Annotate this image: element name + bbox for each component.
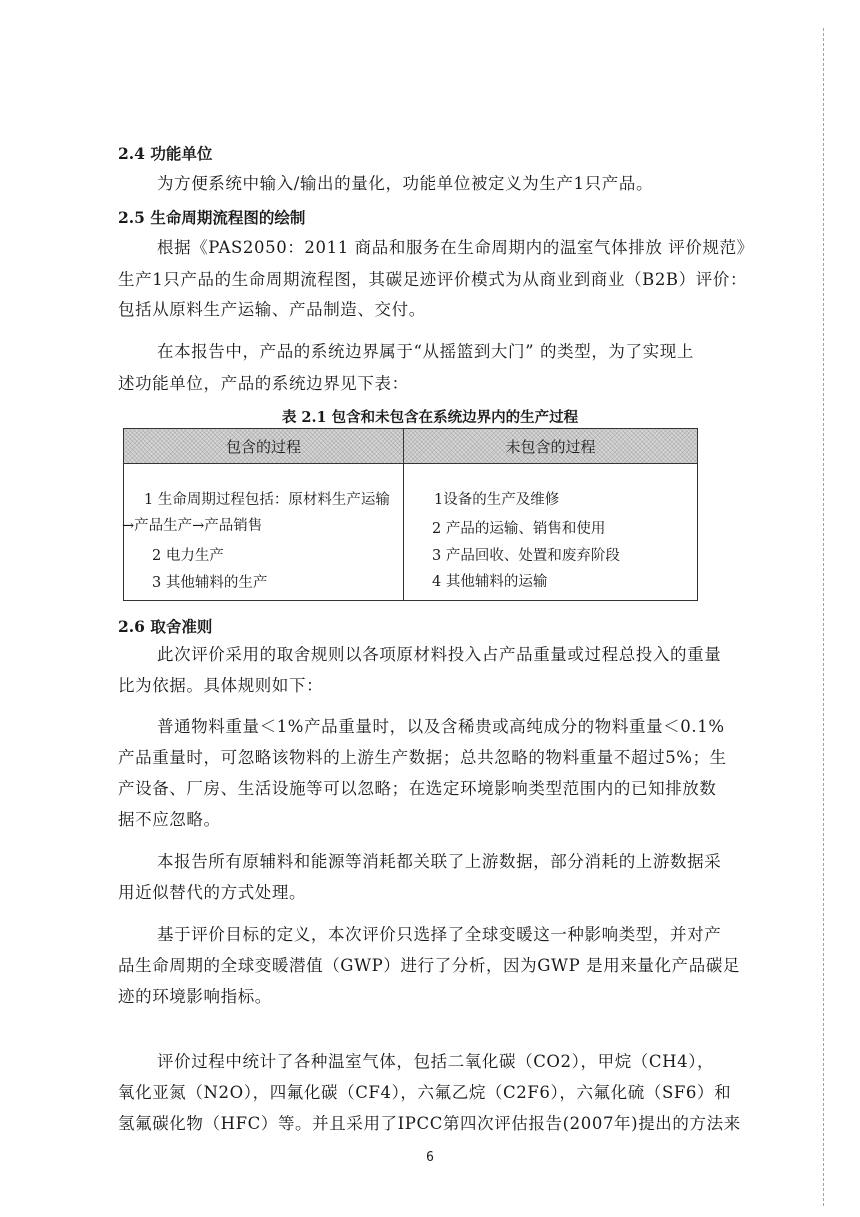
included-item: 3 其他辅料的生产 [152,571,267,592]
table-header-included: 包含的过程 [124,429,404,464]
paragraph-line: 据不应忽略。 [118,806,221,830]
excluded-processes-cell: 1设备的生产及维修 2 产品的运输、销售和使用 3 产品回收、处置和废弃阶段 4… [404,464,698,601]
paragraph-line: 本报告所有原辅料和能源等消耗都关联了上游数据，部分消耗的上游数据采 [157,848,721,872]
excluded-item: 2 产品的运输、销售和使用 [432,517,605,538]
paragraph-line: 生产1只产品的生命周期流程图，其碳足迹评价模式为从商业到商业（B2B）评价： [118,266,747,290]
paragraph-line: 产品重量时，可忽略该物料的上游生产数据；总共忽略的物料重量不超过5%；生 [118,744,727,768]
paragraph-line: 述功能单位，产品的系统边界见下表： [118,370,409,394]
excluded-item: 4 其他辅料的运输 [432,570,547,591]
included-item: →产品生产→产品销售 [122,514,262,535]
excluded-item: 3 产品回收、处置和废弃阶段 [432,544,620,565]
paragraph-line: 包括从原料生产运输、产品制造、交付。 [118,296,426,320]
paragraph-line: 迹的环境影响指标。 [118,983,272,1007]
paragraph-line: 普通物料重量＜1%产品重量时，以及含稀贵或高纯成分的物料重量＜0.1% [157,713,725,737]
paragraph-line: 在本报告中，产品的系统边界属于“从摇篮到大门” 的类型，为了实现上 [157,338,694,362]
paragraph-line: 氧化亚氮（N2O），四氟化碳（CF4），六氟乙烷（C2F6），六氟化硫（SF6）… [118,1079,731,1103]
included-processes-cell: 1 生命周期过程包括：原材料生产运输 →产品生产→产品销售 2 电力生产 3 其… [124,464,404,601]
excluded-item: 1设备的生产及维修 [434,488,559,509]
section-heading-2-4: 2.4 功能单位 [118,142,212,164]
paragraph-line: 氢氟碳化物（HFC）等。并且采用了IPCC第四次评估报告(2007年)提出的方法… [118,1110,741,1134]
table-caption: 表 2.1 包含和未包含在系统边界内的生产过程 [0,406,860,427]
paragraph-line: 基于评价目标的定义，本次评价只选择了全球变暖这一种影响类型，并对产 [157,921,721,945]
paragraph-line: 产设备、厂房、生活设施等可以忽略；在选定环境影响类型范围内的已知排放数 [118,775,717,799]
paragraph-line: 根据《PAS2050：2011 商品和服务在生命周期内的温室气体排放 评价规范》 [157,234,754,258]
paragraph-line: 此次评价采用的取舍规则以各项原材料投入占产品重量或过程总投入的重量 [157,641,721,665]
included-item: 2 电力生产 [152,544,224,565]
paragraph-line: 比为依据。具体规则如下： [118,672,323,696]
table-header-excluded: 未包含的过程 [404,429,698,464]
section-heading-2-5: 2.5 生命周期流程图的绘制 [118,206,305,228]
section-heading-2-6: 2.6 取舍准则 [118,615,212,637]
paragraph-line: 评价过程中统计了各种温室气体，包括二氧化碳（CO2），甲烷（CH4）， [157,1048,714,1072]
paragraph-line: 用近似替代的方式处理。 [118,879,306,903]
included-item: 1 生命周期过程包括：原材料生产运输 [144,488,390,509]
system-boundary-table: 包含的过程 未包含的过程 1 生命周期过程包括：原材料生产运输 →产品生产→产品… [123,428,698,601]
paragraph-functional-unit: 为方便系统中输入/输出的量化，功能单位被定义为生产1只产品。 [157,170,653,194]
page-number: 6 [0,1150,860,1165]
paragraph-line: 品生命周期的全球变暖潜值（GWP）进行了分析，因为GWP 是用来量化产品碳足 [118,952,740,976]
scan-edge-line [823,28,824,1208]
